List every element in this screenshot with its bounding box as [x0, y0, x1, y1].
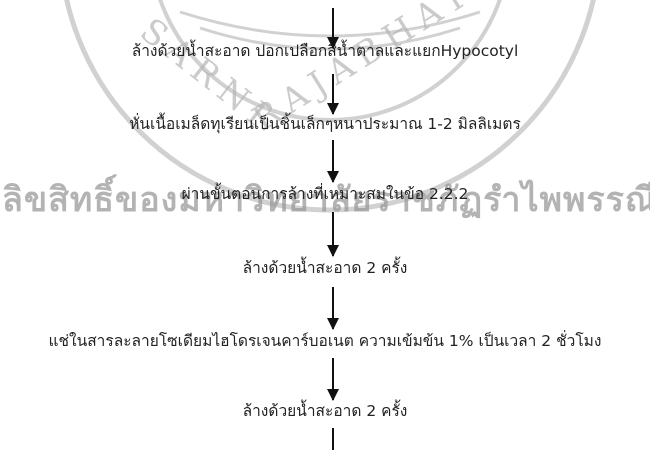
flow-step-1: ล้างด้วยน้ำสะอาด ปอกเปลือกสีน้ำตาลและแยก…	[0, 40, 650, 62]
flow-step-3: ผ่านขั้นตอนการล้างที่เหมาะสมในข้อ 2.2.2	[0, 183, 650, 205]
flow-step-5: แช่ในสารละลายโซเดียมไฮโดรเจนคาร์บอเนต คว…	[0, 330, 650, 352]
connector-line	[332, 428, 334, 450]
flow-step-4: ล้างด้วยน้ำสะอาด 2 ครั้ง	[0, 257, 650, 279]
arrow-down-icon	[332, 74, 334, 114]
arrow-down-icon	[332, 140, 334, 182]
flow-step-6: ล้างด้วยน้ำสะอาด 2 ครั้ง	[0, 400, 650, 422]
arrow-down-icon	[332, 8, 334, 48]
arrow-down-icon	[332, 358, 334, 400]
flow-step-2: หั่นเนื้อเมล็ดทุเรียนเป็นชิ้นเล็กๆหนาประ…	[0, 113, 650, 135]
arrow-down-icon	[332, 287, 334, 329]
arrow-down-icon	[332, 212, 334, 256]
